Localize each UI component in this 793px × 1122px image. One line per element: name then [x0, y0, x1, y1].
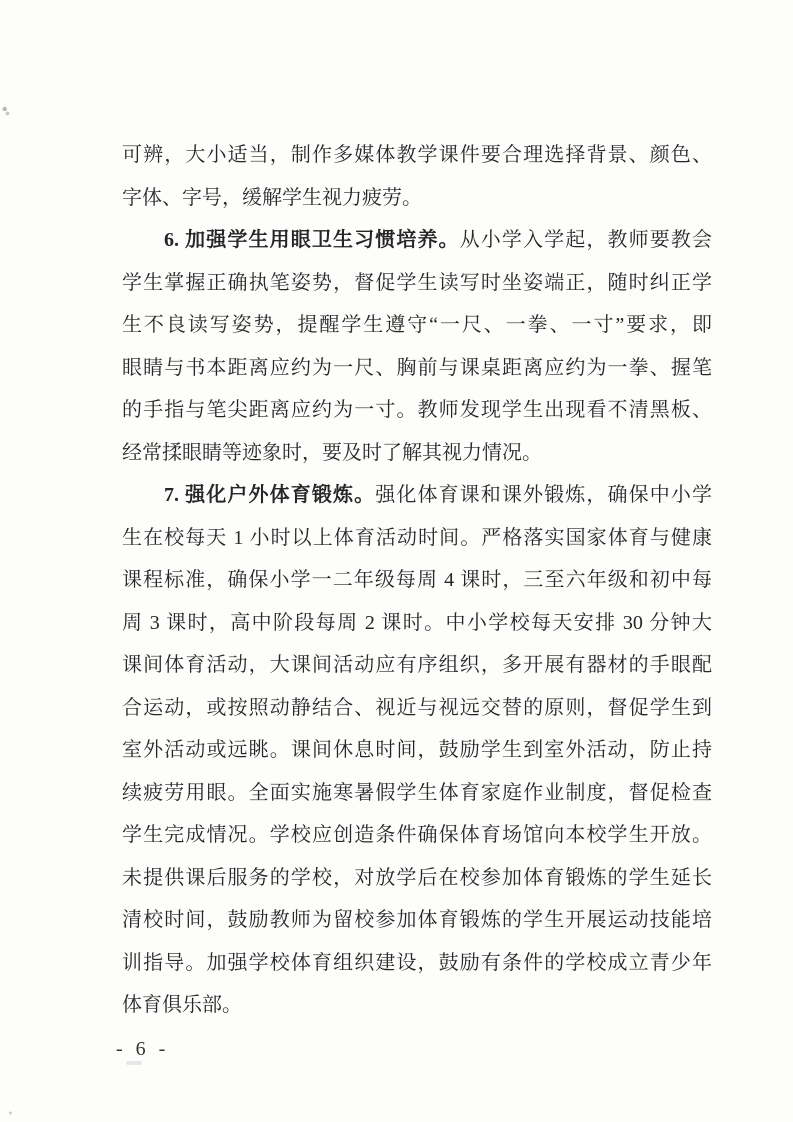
text-line: 周 3 课时，高中阶段每周 2 课时。中小学校每天安排 30 分钟大	[122, 602, 712, 645]
text-line: 学生掌握正确执笔姿势，督促学生读写时坐姿端正，随时纠正学	[122, 262, 712, 305]
text-line: 可辨，大小适当，制作多媒体教学课件要合理选择背景、颜色、	[122, 134, 712, 177]
text-line: 眼睛与书本距离应约为一尺、胸前与课桌距离应约为一拳、握笔	[122, 347, 712, 390]
text-line: 7. 强化户外体育锻炼。强化体育课和课外锻炼，确保中小学	[122, 474, 712, 517]
text-line: 训指导。加强学校体育组织建设，鼓励有条件的学校成立青少年	[122, 942, 712, 985]
text-line: 续疲劳用眼。全面实施寒暑假学生体育家庭作业制度，督促检查	[122, 772, 712, 815]
document-body: 可辨，大小适当，制作多媒体教学课件要合理选择背景、颜色、字体、字号，缓解学生视力…	[122, 134, 712, 1027]
paragraph-heading: 6. 加强学生用眼卫生习惯培养。	[164, 229, 460, 251]
text-line: 合运动，或按照动静结合、视近与视远交替的原则，督促学生到	[122, 687, 712, 730]
scan-artifact	[126, 1061, 142, 1065]
text-line: 室外活动或远眺。课间休息时间，鼓励学生到室外活动，防止持	[122, 729, 712, 772]
text-line: 体育俱乐部。	[122, 984, 712, 1027]
text-line: 未提供课后服务的学校，对放学后在校参加体育锻炼的学生延长	[122, 857, 712, 900]
page-number: - 6 -	[116, 1038, 169, 1061]
scan-artifact	[8, 1110, 13, 1116]
text-line: 课间体育活动，大课间活动应有序组织，多开展有器材的手眼配	[122, 644, 712, 687]
text-line: 清校时间，鼓励教师为留校参加体育锻炼的学生开展运动技能培	[122, 899, 712, 942]
text-line: 生不良读写姿势，提醒学生遵守“一尺、一拳、一寸”要求，即	[122, 304, 712, 347]
text-line: 课程标准，确保小学一二年级每周 4 课时，三至六年级和初中每	[122, 559, 712, 602]
text-line: 字体、字号，缓解学生视力疲劳。	[122, 177, 712, 220]
scan-artifact	[2, 106, 11, 116]
text-line: 经常揉眼睛等迹象时，要及时了解其视力情况。	[122, 432, 712, 475]
document-page: 可辨，大小适当，制作多媒体教学课件要合理选择背景、颜色、字体、字号，缓解学生视力…	[0, 0, 793, 1122]
text-line: 学生完成情况。学校应创造条件确保体育场馆向本校学生开放。	[122, 814, 712, 857]
text-line: 的手指与笔尖距离应约为一寸。教师发现学生出现看不清黑板、	[122, 389, 712, 432]
text-line: 6. 加强学生用眼卫生习惯培养。从小学入学起，教师要教会	[122, 219, 712, 262]
paragraph-heading: 7. 强化户外体育锻炼。	[164, 484, 375, 506]
text-line: 生在校每天 1 小时以上体育活动时间。严格落实国家体育与健康	[122, 517, 712, 560]
